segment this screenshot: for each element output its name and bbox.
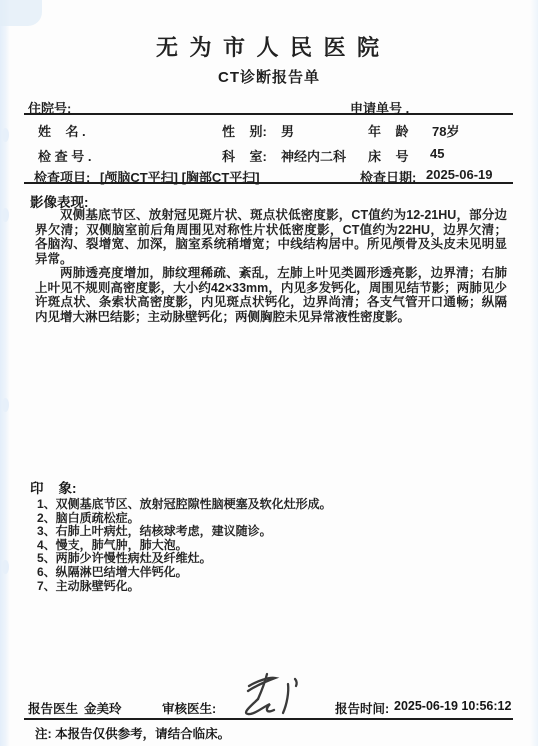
findings-body: 双侧基底节区、放射冠见斑片状、斑点状低密度影，CT值约为12-21HU，部分边界… bbox=[35, 208, 507, 324]
impression-item: 7、主动脉壁钙化。 bbox=[37, 580, 507, 594]
review-doctor-label: 审核医生: bbox=[162, 699, 216, 717]
impression-item: 1、双侧基底节区、放射冠腔隙性脑梗塞及软化灶形成。 bbox=[37, 498, 507, 512]
report-title: CT诊断报告单 bbox=[0, 66, 538, 87]
exam-no-label: 检 查 号 . bbox=[38, 146, 91, 165]
age-label: 年 龄 bbox=[368, 121, 408, 140]
department-label: 科 室: bbox=[222, 146, 267, 165]
hospital-name: 无 为 市 人 民 医 院 bbox=[0, 31, 538, 62]
footer-note: 注: 本报告仅供参考，请结合临床。 bbox=[35, 724, 230, 742]
findings-paragraph: 双侧基底节区、放射冠见斑片状、斑点状低密度影，CT值约为12-21HU，部分边界… bbox=[35, 208, 507, 266]
impression-section-label: 印 象: bbox=[30, 477, 77, 497]
name-label: 姓 名 . bbox=[38, 121, 86, 140]
age-value: 78岁 bbox=[432, 121, 459, 140]
report-doctor-label: 报告医生 bbox=[28, 699, 78, 717]
scan-edge-right bbox=[530, 0, 538, 746]
gender-label: 性 别: bbox=[222, 121, 267, 140]
scan-artifact-dot bbox=[2, 398, 9, 412]
bed-value: 45 bbox=[430, 146, 444, 161]
report-time-value: 2025-06-19 10:56:12 bbox=[394, 699, 511, 713]
impression-item: 3、右肺上叶病灶，结核球考虑，建议随诊。 bbox=[37, 525, 507, 539]
scan-artifact-dot bbox=[2, 208, 9, 222]
reviewer-signature bbox=[221, 672, 313, 720]
report-time-label: 报告时间: bbox=[335, 699, 389, 717]
report-doctor-name: 金美玲 bbox=[84, 699, 122, 717]
impression-item: 6、纵隔淋巴结增大伴钙化。 bbox=[37, 566, 507, 580]
ct-report-page: 无 为 市 人 民 医 院 CT诊断报告单 住院号: 申请单号 . 姓 名 . … bbox=[0, 0, 538, 746]
findings-paragraph: 两肺透亮度增加，肺纹理稀疏、紊乱，左肺上叶见类圆形透亮影，边界清；右肺上叶见不规… bbox=[35, 266, 507, 324]
gender-value: 男 bbox=[281, 121, 294, 140]
department-value: 神经内二科 bbox=[281, 146, 346, 165]
divider-line bbox=[24, 113, 513, 115]
divider-line bbox=[24, 182, 513, 184]
scan-corner-smudge bbox=[0, 0, 42, 26]
scan-artifact-dot bbox=[2, 560, 9, 574]
impression-item: 5、两肺少许慢性病灶及纤维灶。 bbox=[37, 552, 507, 566]
impression-list: 1、双侧基底节区、放射冠腔隙性脑梗塞及软化灶形成。 2、脑白质疏松症。 3、右肺… bbox=[37, 498, 507, 593]
exam-date-value: 2025-06-19 bbox=[426, 167, 493, 182]
bed-label: 床 号 bbox=[368, 146, 408, 165]
scan-edge-left bbox=[0, 0, 10, 746]
scan-artifact-dot bbox=[2, 128, 9, 142]
